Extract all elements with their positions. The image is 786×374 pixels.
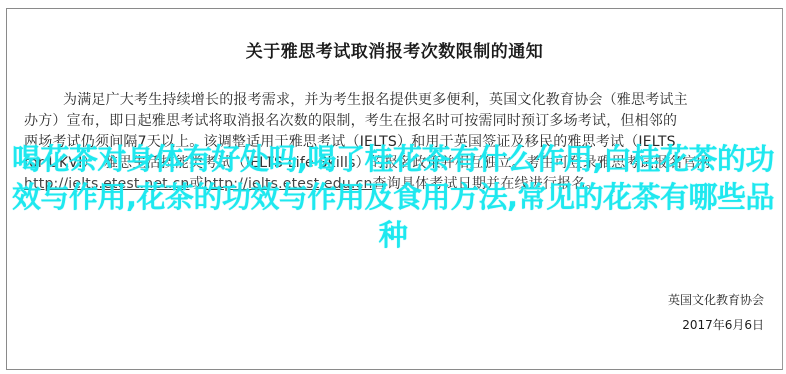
signature-organization: 英国文化教育协会 <box>668 291 764 308</box>
paragraph-line-1: 为满足广大考生持续增长的报考需求，并为考生报名提供更多便利，英国文化教育协会（雅… <box>63 89 688 109</box>
notice-title: 关于雅思考试取消报考次数限制的通知 <box>7 37 782 62</box>
signature-date: 2017年6月6日 <box>682 316 764 333</box>
overlay-caption: 喝花茶对身体有好处吗,喝了桂花茶有什么作用,白桂花茶的功效与作用,花茶的功效与作… <box>8 140 778 254</box>
paragraph-line-2: 办方）宣布，即日起雅思考试将取消报名次数的限制，考生在报名时可按需同时预订多场考… <box>24 110 677 130</box>
